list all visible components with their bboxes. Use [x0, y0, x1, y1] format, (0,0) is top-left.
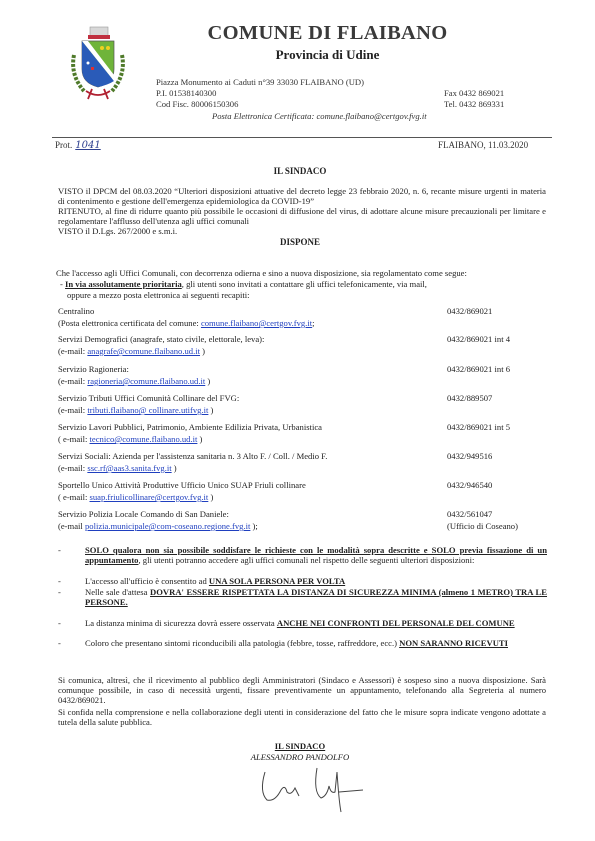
- fax-number: Fax 0432 869021: [444, 88, 504, 98]
- bullet-dash: -: [58, 576, 61, 586]
- municipality-title: COMUNE DI FLAIBANO: [150, 22, 505, 45]
- contact-label: Servizio Lavori Pubblici, Patrimonio, Am…: [58, 422, 322, 432]
- rule-item: -La distanza minima di sicurezza dovrà e…: [58, 618, 548, 638]
- priority-line: - In via assolutamente prioritaria, gli …: [60, 279, 548, 289]
- province-subtitle: Provincia di Udine: [150, 47, 505, 63]
- contact-row: Servizio Lavori Pubblici, Patrimonio, Am…: [58, 422, 548, 433]
- contact-row: Servizio Tributi Uffici Comunità Collina…: [58, 393, 548, 404]
- email-link[interactable]: polizia.municipale@com-coseano.regione.f…: [85, 521, 250, 531]
- closing-paragraph-1: Si comunica, altresì, che il ricevimento…: [58, 675, 546, 705]
- contact-email-row: (e-mail polizia.municipale@com-coseano.r…: [58, 521, 548, 532]
- contact-phone: 0432/869021 int 5: [447, 422, 510, 432]
- handwritten-signature-icon: [255, 762, 365, 817]
- bullet-dash: -: [58, 587, 61, 597]
- contact-row: Centralino0432/869021: [58, 306, 548, 317]
- email-link[interactable]: comune.flaibano@certgov.fvg.it: [201, 318, 312, 328]
- email-link[interactable]: tributi.flaibano@ collinare.utifvg.it: [87, 405, 208, 415]
- contact-label: ( e-mail: tecnico@comune.flaibano.ud.it …: [58, 434, 202, 444]
- date-line: FLAIBANO, 11.03.2020: [438, 140, 528, 150]
- rule-item: -Coloro che presentano sintomi riconduci…: [58, 638, 548, 658]
- contact-email-row: (e-mail: ssc.rf@aas3.sanita.fvg.it ): [58, 463, 548, 474]
- contact-email-row: ( e-mail: tecnico@comune.flaibano.ud.it …: [58, 434, 548, 445]
- contact-label: ( e-mail: suap.friulicollinare@certgov.f…: [58, 492, 213, 502]
- closing-paragraph-2: Si confida nella comprensione e nella co…: [58, 707, 546, 727]
- preamble-ritenuto: RITENUTO, al fine di ridurre quanto più …: [58, 206, 546, 226]
- protocol-line: Prot.1041: [55, 140, 101, 151]
- contact-label: (e-mail polizia.municipale@com-coseano.r…: [58, 521, 258, 531]
- contact-phone: 0432/869021 int 4: [447, 334, 510, 344]
- signature-title: IL SINDACO: [250, 741, 350, 751]
- coat-of-arms-icon: [66, 25, 130, 103]
- heading-dispone: DISPONE: [50, 237, 550, 247]
- codice-fiscale: Cod Fisc. 80006150306: [156, 99, 238, 109]
- contact-row: Servizio Polizia Locale Comando di San D…: [58, 509, 548, 520]
- header-divider: [52, 137, 552, 138]
- address: Piazza Monumento ai Caduti n°39 33030 FL…: [156, 77, 364, 87]
- contact-phone: 0432/869021 int 6: [447, 364, 510, 374]
- contact-phone: 0432/946540: [447, 480, 492, 490]
- contact-email-row: (e-mail: ragioneria@comune.flaibano.ud.i…: [58, 376, 548, 387]
- priority-line-2: oppure a mezzo posta elettronica ai segu…: [67, 290, 555, 300]
- protocol-number: 1041: [75, 140, 100, 151]
- contact-phone: 0432/949516: [447, 451, 492, 461]
- rule-text: Nelle sale d'attesa DOVRA' ESSERE RISPET…: [85, 587, 547, 607]
- heading-il-sindaco: IL SINDACO: [50, 166, 550, 176]
- contact-phone: 0432/869021: [447, 306, 492, 316]
- contact-label: Centralino: [58, 306, 94, 316]
- rule-text: Coloro che presentano sintomi riconducib…: [85, 638, 547, 648]
- bullet-dash: -: [58, 545, 61, 555]
- rule-item: -SOLO qualora non sia possibile soddisfa…: [58, 545, 548, 575]
- rule-text: La distanza minima di sicurezza dovrà es…: [85, 618, 547, 628]
- email-link[interactable]: suap.friulicollinare@certgov.fvg.it: [90, 492, 209, 502]
- contact-phone: (Ufficio di Coseano): [447, 521, 518, 531]
- contact-label: (Posta elettronica certificata del comun…: [58, 318, 315, 328]
- contact-label: Servizio Polizia Locale Comando di San D…: [58, 509, 229, 519]
- contact-label: (e-mail: ssc.rf@aas3.sanita.fvg.it ): [58, 463, 177, 473]
- partita-iva: P.I. 01538140300: [156, 88, 216, 98]
- contact-email-row: ( e-mail: suap.friulicollinare@certgov.f…: [58, 492, 548, 503]
- contact-label: (e-mail: ragioneria@comune.flaibano.ud.i…: [58, 376, 210, 386]
- contact-label: Servizio Ragioneria:: [58, 364, 129, 374]
- contact-row: Servizi Demografici (anagrafe, stato civ…: [58, 334, 548, 345]
- contact-label: (e-mail: anagrafe@comune.flaibano.ud.it …: [58, 346, 205, 356]
- tel-number: Tel. 0432 869331: [444, 99, 504, 109]
- email-link[interactable]: tecnico@comune.flaibano.ud.it: [90, 434, 198, 444]
- contact-label: Servizi Demografici (anagrafe, stato civ…: [58, 334, 264, 344]
- rule-text: L'accesso all'ufficio è consentito ad UN…: [85, 576, 547, 586]
- pec-address: Posta Elettronica Certificata: comune.fl…: [212, 111, 427, 121]
- protocol-label: Prot.: [55, 140, 72, 150]
- contact-label: (e-mail: tributi.flaibano@ collinare.uti…: [58, 405, 213, 415]
- rule-item: -L'accesso all'ufficio è consentito ad U…: [58, 576, 548, 586]
- contact-row: Servizi Sociali: Azienda per l'assistenz…: [58, 451, 548, 462]
- email-link[interactable]: ragioneria@comune.flaibano.ud.it: [87, 376, 205, 386]
- rule-text: SOLO qualora non sia possibile soddisfar…: [85, 545, 547, 565]
- contact-label: Servizi Sociali: Azienda per l'assistenz…: [58, 451, 327, 461]
- contact-phone: 0432/561047: [447, 509, 492, 519]
- email-link[interactable]: anagrafe@comune.flaibano.ud.it: [87, 346, 200, 356]
- intro-text: Che l'accesso agli Uffici Comunali, con …: [56, 268, 544, 278]
- preamble-visto-dpcm: VISTO il DPCM del 08.03.2020 “Ulteriori …: [58, 186, 546, 206]
- contact-label: Servizio Tributi Uffici Comunità Collina…: [58, 393, 239, 403]
- contact-phone: 0432/889507: [447, 393, 492, 403]
- preamble-visto-dlgs: VISTO il D.Lgs. 267/2000 e s.m.i.: [58, 226, 546, 236]
- signature-name: ALESSANDRO PANDOLFO: [240, 752, 360, 762]
- contact-row: Sportello Unico Attività Produttive Uffi…: [58, 480, 548, 491]
- bullet-dash: -: [58, 638, 61, 648]
- contact-email-row: (e-mail: anagrafe@comune.flaibano.ud.it …: [58, 346, 548, 357]
- contact-row: Servizio Ragioneria:0432/869021 int 6: [58, 364, 548, 375]
- contact-email-row: (Posta elettronica certificata del comun…: [58, 318, 548, 329]
- rule-item: -Nelle sale d'attesa DOVRA' ESSERE RISPE…: [58, 587, 548, 607]
- contact-label: Sportello Unico Attività Produttive Uffi…: [58, 480, 306, 490]
- email-link[interactable]: ssc.rf@aas3.sanita.fvg.it: [87, 463, 171, 473]
- bullet-dash: -: [58, 618, 61, 628]
- contact-email-row: (e-mail: tributi.flaibano@ collinare.uti…: [58, 405, 548, 416]
- priority-bold: In via assolutamente prioritaria: [65, 279, 182, 289]
